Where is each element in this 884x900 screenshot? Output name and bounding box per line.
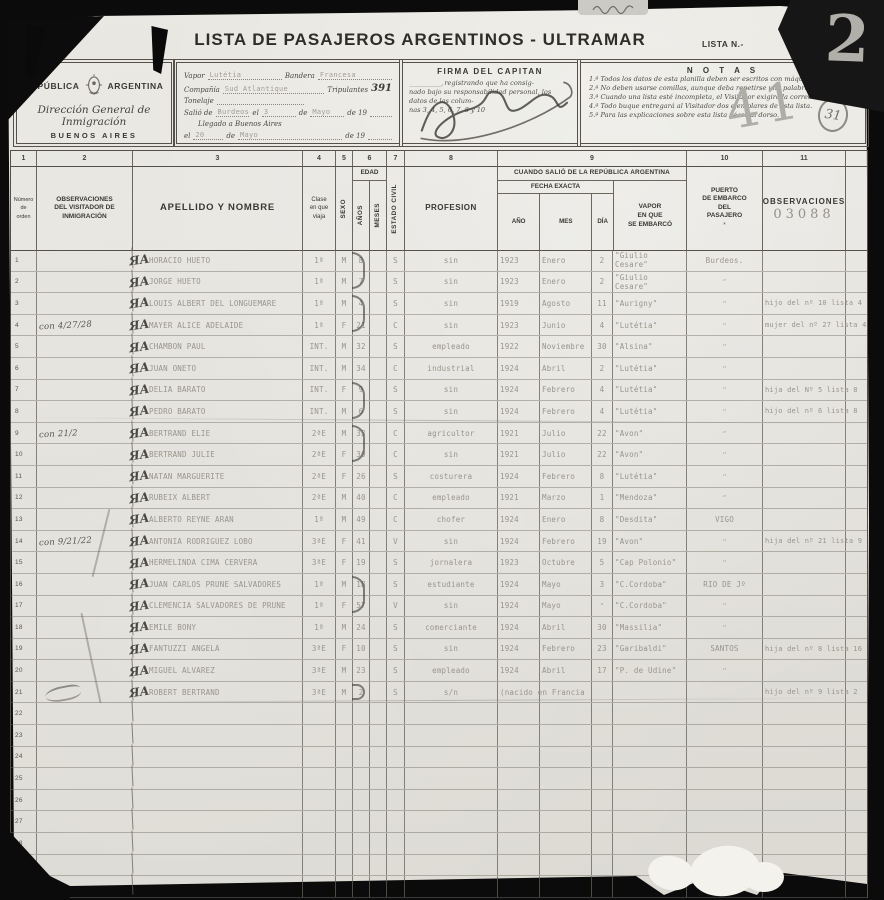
month-cell: Febrero [540,639,592,660]
inspector-initials: ЯA [128,446,150,463]
profession-cell [405,811,498,832]
ship-cell [613,833,687,854]
salio-mes-value: Mayo [310,108,344,117]
passenger-name-cell: ЯA CLEMENCIA SALVADORES DE PRUNE [133,596,303,617]
age-years-cell [353,811,370,832]
ship-cell [613,768,687,789]
day-cell: 4 [592,380,613,401]
port-cell: ʺ [687,552,763,573]
profession-cell: chofer [405,509,498,530]
passenger-name: BERTRAND ELIE [149,429,210,438]
row-number: 18 [11,617,37,638]
ship-cell: "Lutétia" [613,466,687,487]
note-item-5: 5.ª Para las explicaciones sobre esta li… [589,111,857,120]
age-years-cell [353,768,370,789]
col-num-2: 2 [37,151,133,166]
margin-cell [846,358,869,379]
row-number: 2 [11,272,37,293]
llegado-ano-value [368,139,392,140]
inspector-initials: ЯA [128,619,150,636]
remarks-cell [763,725,846,746]
inspector-initials: ЯA [128,468,150,485]
sex-cell [336,725,353,746]
inspector-initials: ЯA [128,641,150,658]
civil-status-cell [387,790,405,811]
port-cell [687,811,763,832]
year-cell: 1921 [498,444,540,465]
day-cell: 2 [592,358,613,379]
civil-status-cell: S [387,336,405,357]
profession-cell [405,768,498,789]
port-cell: ʺ [687,272,763,293]
header-fecha-exacta: FECHA EXACTA [498,181,613,194]
passenger-name: NATAN MARGUERITE [149,472,224,481]
header-cuando-salio-group: CUANDO SALIÓ DE LA REPÚBLICA ARGENTINA F… [498,167,687,250]
margin-cell [846,250,869,271]
civil-status-cell [387,876,405,897]
inspector-initials: ЯA [128,662,150,679]
class-cell [303,855,336,876]
class-cell [303,876,336,897]
civil-status-cell: S [387,639,405,660]
note-item-4: 4.ª Todo buque entregará al Visitador do… [589,102,857,111]
port-cell: ʺ [687,336,763,357]
passenger-name-cell: ЯA PEDRO BARATO [133,401,303,422]
age-months-cell [370,855,387,876]
sex-cell [336,876,353,897]
passenger-name-cell [133,725,303,746]
remarks-cell: hija del nº 21 lista 9 [763,531,846,552]
month-cell [540,768,592,789]
header-apellido-nombre: APELLIDO Y NOMBRE [133,167,303,250]
port-cell: ʺ [687,617,763,638]
table-row: 20 ЯA MIGUEL ALVAREZ 3ªE M 23 S empleado… [11,660,867,682]
row-number: 14 [11,531,37,552]
passenger-name-cell: ЯA ROBERT BERTRAND [133,682,303,703]
class-cell: 3ªE [303,660,336,681]
civil-status-cell [387,833,405,854]
margin-cell [846,876,869,897]
torn-edge-blob [744,862,784,892]
lista-number-label: LISTA N.- [702,39,744,49]
port-cell: ʺ [687,315,763,336]
passenger-name-cell: ЯA ANTONIA RODRIGUEZ LOBO [133,531,303,552]
remarks-cell [763,444,846,465]
passenger-name: JUAN CARLOS PRUNE SALVADORES [149,580,281,589]
profession-cell: sin [405,315,498,336]
port-cell [687,747,763,768]
day-cell [592,876,613,897]
col-num-8: 8 [405,151,498,166]
remarks-cell [763,358,846,379]
passenger-name-cell [133,811,303,832]
ship-info-box: Vapor Lutétia Bandera Francesa Compañía … [176,62,400,144]
header-dia: DÍA [592,194,613,250]
profession-cell: sin [405,250,498,271]
passenger-name: LOUIS ALBERT DEL LONGUEMARE [149,299,276,308]
margin-cell [846,855,869,876]
month-cell [540,876,592,897]
age-years-cell: 19 [353,552,370,573]
table-row: 14 con 9/21/22 ЯA ANTONIA RODRIGUEZ LOBO… [11,531,867,553]
table-row: 23 [11,725,867,747]
passenger-name-cell: ЯA CHAMBON PAUL [133,336,303,357]
margin-cell [846,293,869,314]
day-cell [592,768,613,789]
passenger-name: MAYER ALICE ADELAIDE [149,321,243,330]
remarks-cell [763,272,846,293]
tonelaje-value [217,104,304,105]
year-cell [498,876,540,897]
passenger-name-cell [133,876,303,897]
civil-status-cell: C [387,423,405,444]
header-meses: MESES [370,181,386,250]
ship-cell [613,682,687,703]
table-row: 5 ЯA CHAMBON PAUL INT. M 32 S empleado 1… [11,336,867,358]
col-num-11: 11 [763,151,846,166]
inspector-initials: ЯA [128,490,150,507]
llegado-de19-label: de 19 [345,132,365,140]
table-row: 8 ЯA PEDRO BARATO INT. M 6 S sin 1924 Fe… [11,401,867,423]
profession-cell [405,790,498,811]
profession-cell: sin [405,380,498,401]
age-months-cell [370,660,387,681]
row-number: 23 [11,725,37,746]
compania-value: Sud Atlantique [223,85,325,94]
remarks-cell: hijo del nº 10 lista 4 [763,293,846,314]
de-label: de [299,109,308,117]
age-years-cell: 26 [353,466,370,487]
month-cell: Junio [540,315,592,336]
port-cell: ʺ [687,380,763,401]
year-cell [498,811,540,832]
age-months-cell [370,876,387,897]
remarks-cell [763,423,846,444]
header-vapor: VAPOR EN QUE SE EMBARCÓ [614,181,686,250]
civil-status-cell: V [387,596,405,617]
age-months-cell [370,509,387,530]
class-cell: 1ª [303,574,336,595]
org-argentina: ARGENTINA [108,81,164,91]
llegado-label: Llegado a Buenos Aires [198,120,282,128]
header-profesion: PROFESION [405,167,498,250]
passenger-name-cell: ЯA HERMELINDA CIMA CERVERA [133,552,303,573]
tripulantes-value: 391 [371,83,392,94]
port-cell [687,790,763,811]
tonelaje-label: Tonelaje [184,97,214,105]
passenger-name-cell [133,790,303,811]
passenger-name: CLEMENCIA SALVADORES DE PRUNE [149,601,286,610]
sex-cell: M [336,423,353,444]
ship-cell [613,790,687,811]
civil-status-cell: S [387,250,405,271]
remarks-cell: hijo del nº 9 lista 2 [763,682,846,703]
year-cell: 1922 [498,336,540,357]
remarks-cell [763,617,846,638]
month-cell [540,703,592,724]
age-months-cell [370,444,387,465]
day-cell [592,855,613,876]
row-number: 11 [11,466,37,487]
margin-cell [846,682,869,703]
inspector-initials: ЯA [128,338,150,355]
class-cell [303,725,336,746]
ship-cell: "Lutétia" [613,380,687,401]
month-cell [540,790,592,811]
month-cell: Febrero [540,380,592,401]
salio-label: Salió de [184,109,213,117]
table-row: 2 ЯA JORGE HUETO 1ª M 7 S sin 1923 Enero… [11,272,867,294]
age-years-cell: 32 [353,336,370,357]
day-cell: 8 [592,466,613,487]
profession-cell: sin [405,401,498,422]
inspector-initials: ЯA [128,684,150,701]
passenger-name-cell: ЯA BERTRAND JULIE [133,444,303,465]
year-cell [498,768,540,789]
remarks-cell [763,509,846,530]
profession-cell: sin [405,444,498,465]
table-row: 19 ЯA FANTUZZI ANGELA 3ªE F 10 S sin 192… [11,639,867,661]
profession-cell [405,876,498,897]
row-number: 20 [11,660,37,681]
ship-cell: "Giulio Cesare" [613,250,687,271]
year-cell: 1924 [498,466,540,487]
row-number: 22 [11,703,37,724]
age-months-cell [370,488,387,509]
passenger-name: MIGUEL ALVAREZ [149,666,215,675]
day-cell: 2 [592,250,613,271]
day-cell: 30 [592,617,613,638]
ship-cell: "Avon" [613,444,687,465]
profession-cell [405,747,498,768]
profession-cell: estudiante [405,574,498,595]
ship-cell: "C.Cordoba" [613,596,687,617]
sex-cell: M [336,293,353,314]
row-number: 5 [11,336,37,357]
margin-cell [846,725,869,746]
year-cell: 1924 [498,574,540,595]
profession-cell: sin [405,272,498,293]
passenger-name-cell [133,768,303,789]
month-cell: Enero [540,509,592,530]
margin-cell [846,768,869,789]
day-cell: 8 [592,509,613,530]
port-cell [687,768,763,789]
age-months-cell [370,682,387,703]
profession-cell: empleado [405,660,498,681]
year-cell: 1921 [498,423,540,444]
age-years-cell: 41 [353,531,370,552]
sex-cell: M [336,682,353,703]
day-cell: 17 [592,660,613,681]
civil-status-cell: C [387,509,405,530]
profession-cell [405,833,498,854]
margin-cell [846,552,869,573]
passenger-name-cell: ЯA LOUIS ALBERT DEL LONGUEMARE [133,293,303,314]
civil-status-cell: S [387,660,405,681]
month-cell [540,725,592,746]
passenger-name-cell [133,747,303,768]
bandera-label: Bandera [285,72,315,80]
sex-cell: M [336,272,353,293]
age-months-cell [370,725,387,746]
llegado-dia-value: 20 [193,131,223,140]
sex-cell [336,855,353,876]
vapor-label: Vapor [184,72,205,80]
civil-status-cell: V [387,531,405,552]
margin-cell [846,336,869,357]
sex-cell [336,811,353,832]
sex-cell [336,790,353,811]
month-cell: Abril [540,617,592,638]
age-months-cell [370,315,387,336]
port-cell [687,725,763,746]
class-cell [303,790,336,811]
year-cell: 1924 [498,531,540,552]
age-months-cell [370,401,387,422]
margin-cell [846,703,869,724]
remarks-cell [763,790,846,811]
ship-cell: "Giulio Cesare" [613,272,687,293]
row-number: 24 [11,747,37,768]
day-cell: 1 [592,488,613,509]
age-years-cell [353,876,370,897]
year-cell: 1924 [498,380,540,401]
table-header: 1 2 3 4 5 6 7 8 9 10 11 Número de orden … [10,150,868,251]
passenger-name: JORGE HUETO [149,277,201,286]
profession-cell: empleado [405,336,498,357]
margin-cell [846,617,869,638]
day-cell: 4 [592,315,613,336]
day-cell: 30 [592,336,613,357]
table-row: 25 [11,768,867,790]
table-row: 15 ЯA HERMELINDA CIMA CERVERA 3ªE F 19 S… [11,552,867,574]
day-cell [592,811,613,832]
col-num-3: 3 [133,151,303,166]
table-row: 11 ЯA NATAN MARGUERITE 2ªE F 26 S costur… [11,466,867,488]
civil-status-cell [387,725,405,746]
class-cell: 1ª [303,250,336,271]
profession-cell: sin [405,596,498,617]
year-cell [498,725,540,746]
port-cell: ʺ [687,423,763,444]
age-months-cell [370,574,387,595]
class-cell: 2ªE [303,488,336,509]
header-estado-civil: ESTADO CIVIL [387,167,405,250]
stamp-number: 03088 [773,211,834,220]
port-cell: ʺ [687,401,763,422]
class-cell [303,703,336,724]
class-cell: 1ª [303,315,336,336]
tape-scribble [591,2,635,14]
passenger-name: HERMELINDA CIMA CERVERA [149,558,257,567]
port-cell [687,703,763,724]
passenger-name-cell [133,855,303,876]
ship-cell: "Lutétia" [613,358,687,379]
sex-cell [336,747,353,768]
year-cell: 1923 [498,552,540,573]
civil-status-cell: C [387,444,405,465]
header-sexo: SEXO [336,167,353,250]
bandera-value: Francesa [318,71,392,80]
row-number: 8 [11,401,37,422]
civil-status-cell: S [387,552,405,573]
table-row: 22 [11,703,867,725]
class-cell [303,747,336,768]
row-number: 10 [11,444,37,465]
salio-ano-value [370,116,392,117]
month-cell: Agosto [540,293,592,314]
remarks-cell [763,488,846,509]
table-row: 13 ЯA ALBERTO REYNE ARAN 1ª M 49 C chofe… [11,509,867,531]
day-cell [592,725,613,746]
compania-label: Compañía [184,86,220,94]
sex-cell: M [336,617,353,638]
passenger-name: BERTRAND JULIE [149,450,215,459]
table-row: 26 [11,790,867,812]
inspector-initials: ЯA [128,382,150,399]
margin-cell [846,272,869,293]
inspector-initials: ЯA [128,576,150,593]
age-years-cell: 34 [353,358,370,379]
age-months-cell [370,811,387,832]
profession-cell: comerciante [405,617,498,638]
col-num-6: 6 [353,151,387,166]
sex-cell: F [336,531,353,552]
profession-cell: industrial [405,358,498,379]
age-years-cell [353,833,370,854]
inspector-initials: ЯA [128,252,150,269]
row-number: 4 [11,315,37,336]
margin-cell [846,423,869,444]
year-cell [498,747,540,768]
header-observaciones-visitador: OBSERVACIONES DEL VISITADOR DE INMIGRACI… [37,167,133,250]
table-row: 4 con 4/27/28 ЯA MAYER ALICE ADELAIDE 1ª… [11,315,867,337]
inspector-initials: ЯA [128,274,150,291]
margin-cell [846,811,869,832]
class-cell: 3ªE [303,639,336,660]
margin-cell [846,574,869,595]
remarks-cell [763,336,846,357]
sex-cell: F [336,466,353,487]
remarks-cell [763,552,846,573]
margin-cell [846,401,869,422]
passenger-name-cell: ЯA RUBEIX ALBERT [133,488,303,509]
month-cell: Noviembre [540,336,592,357]
margin-cell [846,466,869,487]
age-months-cell [370,596,387,617]
passenger-name-cell: ЯA NATAN MARGUERITE [133,466,303,487]
sex-cell: M [336,250,353,271]
age-months-cell [370,380,387,401]
table-row: 17 ЯA CLEMENCIA SALVADORES DE PRUNE 1ª F… [11,596,867,618]
row-number: 12 [11,488,37,509]
margin-cell [846,747,869,768]
age-months-cell [370,336,387,357]
age-months-cell [370,423,387,444]
table-row: 18 ЯA EMILE BONY 1ª M 24 S comerciante 1… [11,617,867,639]
remarks-cell: hijo del nº 6 lista 8 [763,401,846,422]
age-years-cell [353,855,370,876]
month-cell: Febrero [540,401,592,422]
row-number: 16 [11,574,37,595]
sex-cell [336,833,353,854]
org-direccion: Dirección General de Inmigración [17,104,171,128]
passenger-name-cell: ЯA JUAN CARLOS PRUNE SALVADORES [133,574,303,595]
sex-cell: F [336,444,353,465]
column-label-row: Número de orden OBSERVACIONES DEL VISITA… [11,167,867,250]
month-cell: Julio [540,423,592,444]
